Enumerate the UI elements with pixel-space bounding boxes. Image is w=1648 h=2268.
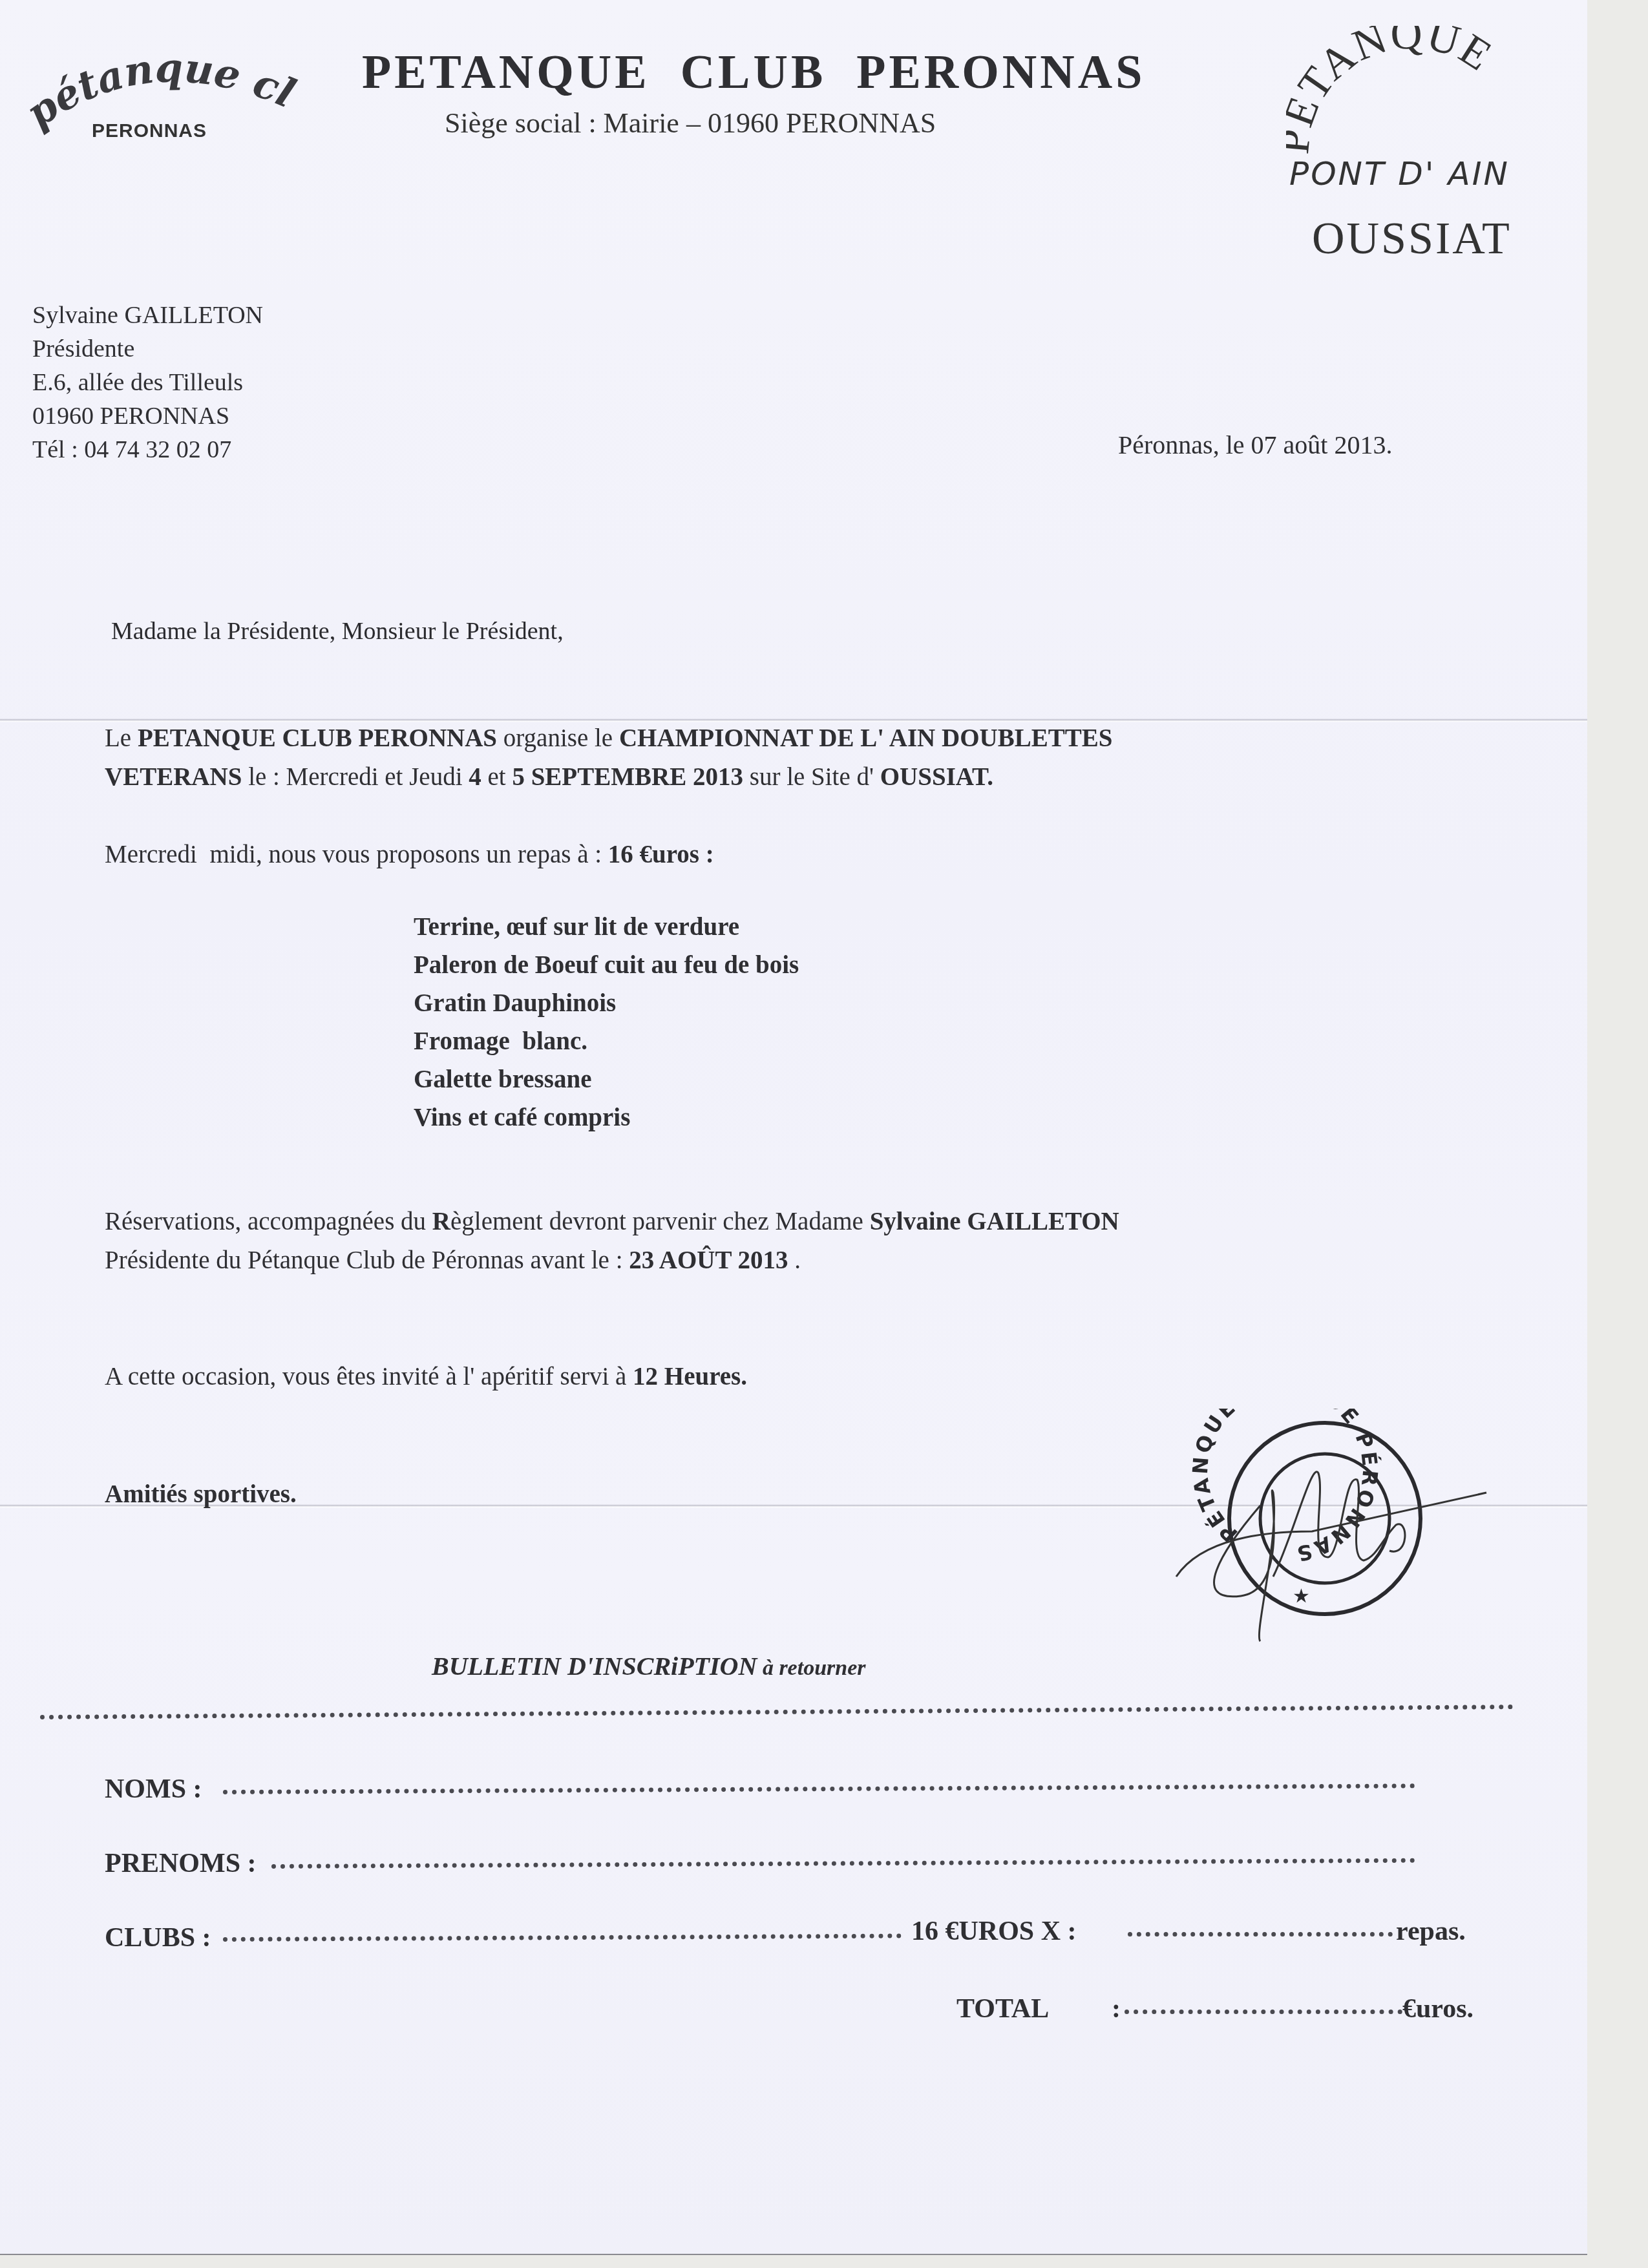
club-name: PETANQUE CLUB PERONNAS: [138, 724, 497, 752]
text: Réservations, accompagnées du: [105, 1208, 432, 1235]
category: VETERANS: [105, 763, 242, 791]
bulletin-title: BULLETIN D'INSCRiPTION à retourner: [432, 1651, 866, 1681]
fold-line: [0, 719, 1587, 722]
total-colon: :: [1112, 1993, 1121, 2024]
field-label-noms: NOMS :: [105, 1774, 202, 1805]
letter-date: Péronnas, le 07 août 2013.: [1118, 430, 1392, 460]
menu-item: Paleron de Boeuf cuit au feu de bois: [414, 946, 799, 984]
logo-right-line1: PONT D' AIN: [1289, 155, 1510, 193]
sender-city: 01960 PERONNAS: [32, 399, 263, 433]
text: A cette occasion, vous êtes invité à l' …: [105, 1363, 633, 1391]
club-stamp: PÉTANQUE CLUB DE PÉRONNAS ★: [1163, 1409, 1499, 1654]
venue: OUSSIAT.: [880, 763, 993, 791]
text: R: [432, 1208, 450, 1235]
euros-label: €uros.: [1402, 1993, 1474, 2024]
letter-page: pétanque club PERONNAS PETANQUE CLUB PER…: [0, 0, 1587, 2255]
total-input-line[interactable]: [1125, 2010, 1402, 2014]
separator-dotted-line: [40, 1705, 1514, 1719]
text: èglement devront parvenir chez Madame: [450, 1208, 870, 1235]
meal-price: 16 €uros :: [608, 841, 714, 868]
menu-list: Terrine, œuf sur lit de verdure Paleron …: [414, 908, 799, 1137]
page-title: PETANQUE CLUB PERONNAS: [362, 45, 1145, 100]
sender-address: E.6, allée des Tilleuls: [32, 366, 263, 399]
meal-unit-price: 16 €UROS X :: [911, 1916, 1077, 1947]
star-icon: ★: [1293, 1586, 1310, 1607]
greeting: Madame la Présidente, Monsieur le Présid…: [111, 617, 564, 646]
sender-role: Présidente: [32, 332, 263, 366]
repas-count-input-line[interactable]: [1128, 1932, 1393, 1937]
text: Le: [105, 724, 138, 752]
sender-phone: Tél : 04 74 32 02 07: [32, 433, 263, 467]
text: et: [481, 763, 512, 791]
text: le : Mercredi et Jeudi: [242, 763, 469, 791]
text: .: [788, 1246, 801, 1274]
recipient-name: Sylvaine GAILLETON: [870, 1208, 1119, 1235]
logo-left-arc-text: pétanque club: [5, 8, 302, 137]
menu-item: Fromage blanc.: [414, 1022, 799, 1060]
field-label-prenoms: PRENOMS :: [105, 1848, 257, 1879]
text: organise le: [497, 724, 619, 752]
menu-item: Galette bressane: [414, 1060, 799, 1098]
event-date: 5 SEPTEMBRE 2013: [512, 763, 743, 791]
text: Mercredi midi, nous vous proposons un re…: [105, 841, 608, 868]
logo-left-subtitle: PERONNAS: [92, 120, 207, 142]
text: à retourner: [757, 1656, 865, 1680]
sender-block: Sylvaine GAILLETON Présidente E.6, allée…: [32, 299, 263, 467]
field-label-clubs: CLUBS :: [105, 1922, 211, 1953]
closing: Amitiés sportives.: [105, 1480, 297, 1509]
menu-item: Gratin Dauphinois: [414, 984, 799, 1022]
text: BULLETIN D'INSCRiPTION: [432, 1652, 757, 1681]
prenoms-input-line[interactable]: [271, 1858, 1415, 1869]
aperitif-line: A cette occasion, vous êtes invité à l' …: [105, 1362, 747, 1391]
reservation-line-1: Réservations, accompagnées du Règlement …: [105, 1207, 1119, 1236]
text: Présidente du Pétanque Club de Péronnas …: [105, 1246, 629, 1274]
championship-name: CHAMPIONNAT DE L' AIN DOUBLETTES: [619, 724, 1113, 752]
text: sur le Site d': [743, 763, 880, 791]
day: 4: [469, 763, 481, 791]
noms-input-line[interactable]: [223, 1783, 1415, 1794]
meal-offer: Mercredi midi, nous vous proposons un re…: [105, 840, 714, 869]
menu-item: Vins et café compris: [414, 1098, 799, 1137]
logo-right-line2: OUSSIAT: [1312, 213, 1512, 265]
menu-item: Terrine, œuf sur lit de verdure: [414, 908, 799, 946]
clubs-input-line[interactable]: [223, 1934, 902, 1942]
total-label: TOTAL: [956, 1993, 1049, 2024]
intro-line-2: VETERANS le : Mercredi et Jeudi 4 et 5 S…: [105, 762, 993, 792]
deadline: 23 AOÛT 2013: [629, 1246, 788, 1274]
reservation-line-2: Présidente du Pétanque Club de Péronnas …: [105, 1246, 801, 1275]
aperitif-time: 12 Heures.: [633, 1363, 747, 1391]
sender-name: Sylvaine GAILLETON: [32, 299, 263, 332]
intro-line-1: Le PETANQUE CLUB PERONNAS organise le CH…: [105, 724, 1112, 753]
club-logo-left: pétanque club: [19, 45, 317, 162]
logo-right-arc-text: PETANQUE: [1286, 26, 1501, 156]
page-subtitle: Siège social : Mairie – 01960 PERONNAS: [445, 107, 936, 140]
repas-label: repas.: [1396, 1916, 1466, 1947]
